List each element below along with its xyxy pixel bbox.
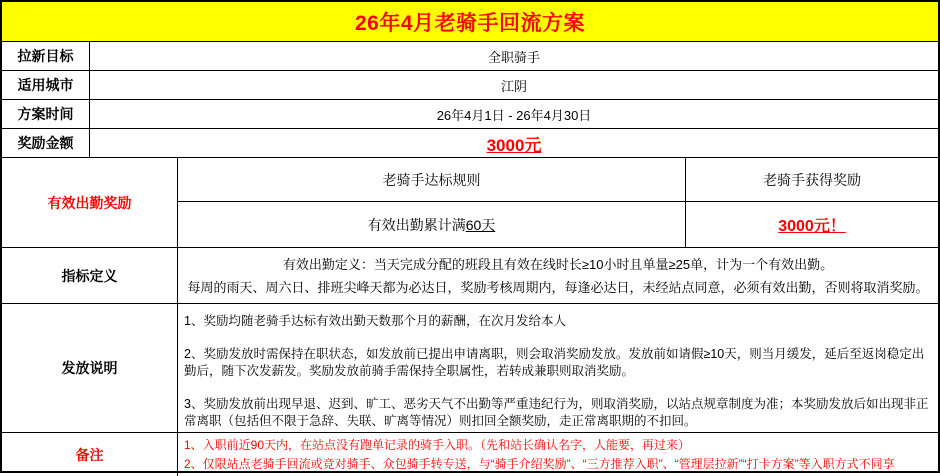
page-title: 26年4月老骑手回流方案	[355, 7, 585, 37]
title-banner: 26年4月老骑手回流方案	[2, 2, 938, 42]
recruit-target-value: 全职骑手	[90, 42, 938, 70]
indicator-label: 指标定义	[2, 248, 178, 303]
attendance-value-row: 有效出勤累计满60天 3000元！	[178, 202, 938, 247]
rule-value-cell: 有效出勤累计满60天	[178, 202, 686, 247]
attendance-header-row: 老骑手达标规则 老骑手获得奖励	[178, 158, 938, 202]
reward-amount-label: 奖励金额	[2, 129, 90, 157]
attendance-reward-label: 有效出勤奖励	[2, 158, 178, 247]
rule-value-days: 60天	[466, 215, 496, 235]
payout-item-3: 3、奖励发放前出现早退、迟到、旷工、恶劣天气不出勤等严重违纪行为，则取消奖励，以…	[184, 396, 930, 430]
city-label: 适用城市	[2, 71, 90, 99]
row-attendance-reward: 有效出勤奖励 老骑手达标规则 老骑手获得奖励 有效出勤累计满60天 3000元！	[2, 158, 938, 248]
plan-period-label: 方案时间	[2, 100, 90, 128]
payout-item-2: 2、奖励发放时需保持在职状态，如发放前已提出申请离职，则会取消奖励发放。发放前如…	[184, 346, 930, 380]
reward-amount-text: 3000元	[487, 131, 542, 156]
payout-content: 1、奖励均随老骑手达标有效出勤天数那个月的薪酬，在次月发给本人 2、奖励发放时需…	[178, 304, 938, 432]
remark-item-1: 1、入职前近90天内，在站点没有跑单记录的骑手入职。（先和站长确认名字，人能要，…	[184, 436, 932, 455]
plan-table: 26年4月老骑手回流方案 拉新目标 全职骑手 适用城市 江阴 方案时间 26年4…	[0, 0, 940, 473]
reward-value-text: 3000元！	[778, 213, 846, 236]
row-recruit-target: 拉新目标 全职骑手	[2, 42, 938, 71]
reward-amount-value: 3000元	[90, 129, 938, 157]
indicator-line1: 有效出勤定义：当天完成分配的班段且有效在线时长≥10小时且单量≥25单，计为一个…	[283, 253, 833, 276]
attendance-grid: 老骑手达标规则 老骑手获得奖励 有效出勤累计满60天 3000元！	[178, 158, 938, 247]
row-indicator-definition: 指标定义 有效出勤定义：当天完成分配的班段且有效在线时长≥10小时且单量≥25单…	[2, 248, 938, 304]
reward-header-cell: 老骑手获得奖励	[686, 158, 938, 201]
remarks-label: 备注	[2, 433, 178, 476]
recruit-target-label: 拉新目标	[2, 42, 90, 70]
reward-value-cell: 3000元！	[686, 202, 938, 247]
rule-value-prefix: 有效出勤累计满	[368, 215, 466, 235]
row-city: 适用城市 江阴	[2, 71, 938, 100]
row-reward-amount: 奖励金额 3000元	[2, 129, 938, 158]
remark-item-2: 2、仅限站点老骑手回流或竞对骑手、众包骑手转专送，与“骑手介绍奖励”、“三方推荐…	[184, 455, 932, 474]
city-value: 江阴	[90, 71, 938, 99]
payout-item-1: 1、奖励均随老骑手达标有效出勤天数那个月的薪酬，在次月发给本人	[184, 313, 930, 330]
remarks-content: 1、入职前近90天内，在站点没有跑单记录的骑手入职。（先和站长确认名字，人能要，…	[178, 433, 938, 476]
row-payout-instructions: 发放说明 1、奖励均随老骑手达标有效出勤天数那个月的薪酬，在次月发给本人 2、奖…	[2, 304, 938, 433]
rule-header-cell: 老骑手达标规则	[178, 158, 686, 201]
plan-period-value: 26年4月1日 - 26年4月30日	[90, 100, 938, 128]
payout-label: 发放说明	[2, 304, 178, 432]
indicator-content: 有效出勤定义：当天完成分配的班段且有效在线时长≥10小时且单量≥25单，计为一个…	[178, 248, 938, 303]
row-plan-period: 方案时间 26年4月1日 - 26年4月30日	[2, 100, 938, 129]
indicator-line2: 每周的雨天、周六日、排班尖峰天都为必达日，奖励考核周期内，每逢必达日，未经站点同…	[187, 276, 928, 299]
row-remarks: 备注 1、入职前近90天内，在站点没有跑单记录的骑手入职。（先和站长确认名字，人…	[2, 433, 938, 476]
